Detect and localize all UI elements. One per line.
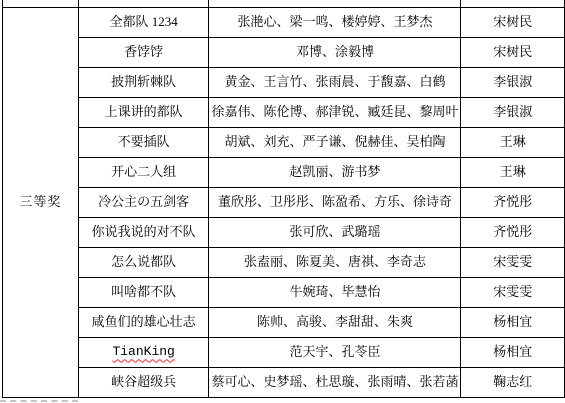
advisor-cell: 鞠志红 bbox=[461, 367, 565, 397]
table-row: 冷公主の五剑客 董欣彤、卫彤彤、陈盈希、方乐、徐诗奇 齐悦彤 bbox=[3, 187, 565, 217]
team-name-cell: 你说我说的对不队 bbox=[78, 217, 209, 247]
advisor-cell: 王琳 bbox=[461, 157, 565, 187]
document-page: 三等奖 全都队 1234 张滟心、梁一鸣、楼婷婷、王梦杰 宋树民 香饽饽 邓博、… bbox=[0, 0, 565, 403]
table-row: 不要插队 胡斌、刘充、严子谦、倪赫佳、吴柏陶 王琳 bbox=[3, 127, 565, 157]
table-row: 你说我说的对不队 张可欣、武璐瑶 齐悦彤 bbox=[3, 217, 565, 247]
table-row: 怎么说都队 张盍丽、陈夏美、唐祺、李奇志 宋雯雯 bbox=[3, 247, 565, 277]
table-row: 峡谷超级兵 蔡可心、史梦瑶、杜思璇、张雨晴、张若菡 鞠志红 bbox=[3, 367, 565, 397]
page-boundary-dashed-line bbox=[0, 400, 78, 402]
advisor-cell: 杨相宜 bbox=[461, 337, 565, 367]
members-cell: 蔡可心、史梦瑶、杜思璇、张雨晴、张若菡 bbox=[209, 367, 461, 397]
advisor-cell: 宋雯雯 bbox=[461, 247, 565, 277]
advisor-cell: 齐悦彤 bbox=[461, 217, 565, 247]
team-name-cell: TianKing bbox=[78, 337, 209, 367]
members-cell: 张滟心、梁一鸣、楼婷婷、王梦杰 bbox=[209, 7, 461, 37]
team-name-cell: 全都队 1234 bbox=[78, 7, 209, 37]
team-name-cell: 披荆斩棘队 bbox=[78, 67, 209, 97]
team-name-cell: 冷公主の五剑客 bbox=[78, 187, 209, 217]
advisor-cell: 王琳 bbox=[461, 127, 565, 157]
table-row: 咸鱼们的雄心壮志 陈帅、高骏、李甜甜、朱爽 杨相宜 bbox=[3, 307, 565, 337]
table-row: 三等奖 全都队 1234 张滟心、梁一鸣、楼婷婷、王梦杰 宋树民 bbox=[3, 7, 565, 37]
cropped-cell bbox=[461, 0, 565, 7]
advisor-cell: 齐悦彤 bbox=[461, 187, 565, 217]
team-name-cell: 峡谷超级兵 bbox=[78, 367, 209, 397]
advisor-cell: 宋树民 bbox=[461, 37, 565, 67]
advisor-cell: 李银淑 bbox=[461, 67, 565, 97]
advisor-cell: 杨相宜 bbox=[461, 307, 565, 337]
award-tier-cell: 三等奖 bbox=[3, 7, 79, 397]
table-row: 香饽饽 邓博、涂毅博 宋树民 bbox=[3, 37, 565, 67]
members-cell: 陈帅、高骏、李甜甜、朱爽 bbox=[209, 307, 461, 337]
cropped-cell bbox=[78, 0, 209, 7]
team-name-cell: 咸鱼们的雄心壮志 bbox=[78, 307, 209, 337]
members-cell: 胡斌、刘充、严子谦、倪赫佳、吴柏陶 bbox=[209, 127, 461, 157]
table-row: 叫啥都不队 牛婉琦、毕慧怡 宋雯雯 bbox=[3, 277, 565, 307]
members-cell: 邓博、涂毅博 bbox=[209, 37, 461, 67]
team-name-cell: 开心二人组 bbox=[78, 157, 209, 187]
team-name-cell: 香饽饽 bbox=[78, 37, 209, 67]
members-cell: 张可欣、武璐瑶 bbox=[209, 217, 461, 247]
advisor-cell: 宋树民 bbox=[461, 7, 565, 37]
team-name-cell: 上课讲的都队 bbox=[78, 97, 209, 127]
members-cell: 黄金、王言竹、张雨晨、于馥嘉、白鹤 bbox=[209, 67, 461, 97]
cropped-cell bbox=[209, 0, 461, 7]
members-cell: 徐嘉伟、陈伦博、郝津锐、臧廷昆、黎周叶 bbox=[209, 97, 461, 127]
team-name-cell: 叫啥都不队 bbox=[78, 277, 209, 307]
table-row: 披荆斩棘队 黄金、王言竹、张雨晨、于馥嘉、白鹤 李银淑 bbox=[3, 67, 565, 97]
team-name-cell: 怎么说都队 bbox=[78, 247, 209, 277]
table-row: TianKing 范天宇、孔苓臣 杨相宜 bbox=[3, 337, 565, 367]
advisor-cell: 宋雯雯 bbox=[461, 277, 565, 307]
team-name-spellchecked: TianKing bbox=[112, 344, 174, 359]
members-cell: 张盍丽、陈夏美、唐祺、李奇志 bbox=[209, 247, 461, 277]
table-row: 开心二人组 赵凯丽、游书梦 王琳 bbox=[3, 157, 565, 187]
awards-table: 三等奖 全都队 1234 张滟心、梁一鸣、楼婷婷、王梦杰 宋树民 香饽饽 邓博、… bbox=[2, 0, 565, 398]
cropped-cell bbox=[3, 0, 79, 7]
table-row-cropped bbox=[3, 0, 565, 7]
table-row: 上课讲的都队 徐嘉伟、陈伦博、郝津锐、臧廷昆、黎周叶 李银淑 bbox=[3, 97, 565, 127]
members-cell: 范天宇、孔苓臣 bbox=[209, 337, 461, 367]
members-cell: 牛婉琦、毕慧怡 bbox=[209, 277, 461, 307]
advisor-cell: 李银淑 bbox=[461, 97, 565, 127]
team-name-cell: 不要插队 bbox=[78, 127, 209, 157]
members-cell: 赵凯丽、游书梦 bbox=[209, 157, 461, 187]
members-cell: 董欣彤、卫彤彤、陈盈希、方乐、徐诗奇 bbox=[209, 187, 461, 217]
